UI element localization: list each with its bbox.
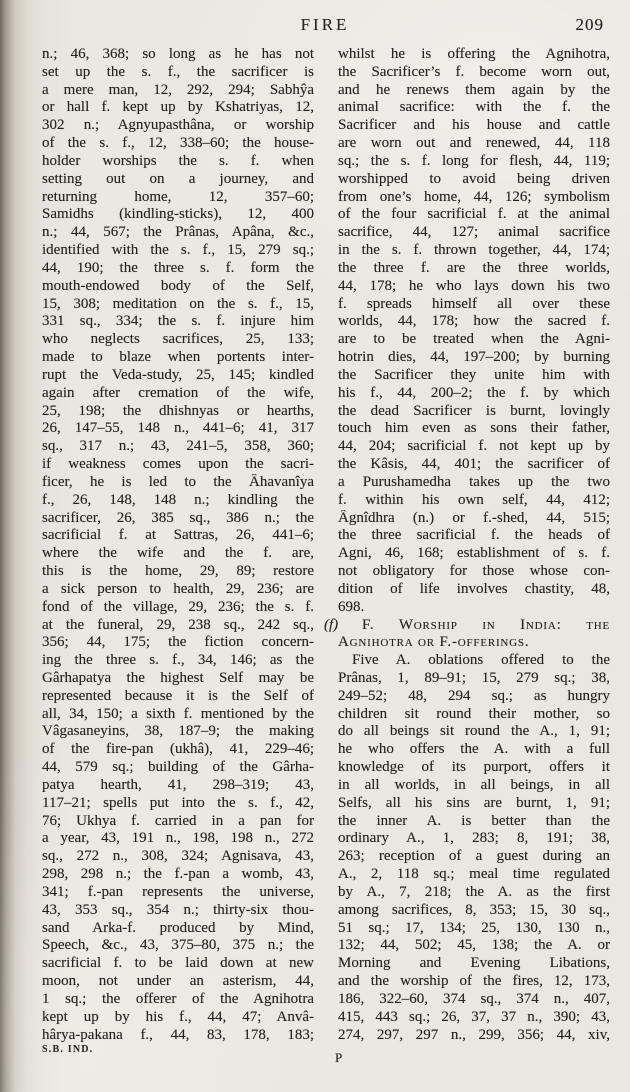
text-line: 44, 178; he who lays down his two: [338, 278, 610, 296]
text-line: 331 sq., 334; the s. f. injure him: [42, 313, 314, 331]
text-line: fond of the village, 29, 236; the s. f.: [42, 599, 314, 617]
text-line: 341; f.-pan represents the universe,: [42, 884, 314, 902]
running-title: FIRE: [42, 15, 608, 35]
text-line: knowledge of its purport, offers it: [338, 759, 610, 777]
text-line: Gârhapatya the highest Self may be: [42, 670, 314, 688]
text-line: are worn out and renewed, 44, 118: [338, 135, 610, 153]
text-line: Selfs, all his sins are burnt, 1, 91;: [338, 795, 610, 813]
text-line: a year, 43, 191 n., 198, 198 n., 272: [42, 830, 314, 848]
text-line: Speech, &c., 43, 375–80, 375 n.; the: [42, 937, 314, 955]
text-line: children sit round their mother, so: [338, 706, 610, 724]
text-line: Vâgasaneyins, 38, 187–9; the making: [42, 723, 314, 741]
text-line: where the wife and the f. are,: [42, 545, 314, 563]
text-line: 26, 147–55, 148 n., 441–6; 41, 317: [42, 420, 314, 438]
text-line: he who offers the A. with a full: [338, 741, 610, 759]
text-line: do all beings sit round the A., 1, 91;: [338, 723, 610, 741]
text-line: dition of life involves chastity, 48,: [338, 581, 610, 599]
text-line: the three f. are the three worlds,: [338, 260, 610, 278]
text-line: identified with the s. f., 15, 279 sq.;: [42, 242, 314, 260]
text-line: represented because it is the Self of: [42, 688, 314, 706]
text-line: kept up by his f., 44, 47; Anvâ-: [42, 1009, 314, 1027]
text-line: 51 sq.; 17, 134; 25, 130, 130 n.,: [338, 920, 610, 938]
text-line: the inner A. is better than the: [338, 813, 610, 831]
text-line: touch him even as sons their father,: [338, 420, 610, 438]
right-column: whilst he is offering the Agnihotra,the …: [338, 46, 610, 1044]
text-line: mouth-endowed body of the Self,: [42, 278, 314, 296]
text-line: again after cremation of the wife,: [42, 385, 314, 403]
text-line: the Sacrificer’s f. become worn out,: [338, 64, 610, 82]
text-line: of the s. f., 12, 338–60; the house-: [42, 135, 314, 153]
book-page: FIRE 209 n.; 46, 368; so long as he has …: [0, 0, 630, 1092]
text-line: (f) F. Worship in India: the: [324, 617, 610, 635]
text-line: holder worships the s. f. when: [42, 153, 314, 171]
text-line: hotrin dies, 44, 197–200; by burning: [338, 349, 610, 367]
text-line: 132; 44, 502; 45, 138; the A. or: [338, 937, 610, 955]
text-line: sq., 272 n., 308, 324; Agnisava, 43,: [42, 848, 314, 866]
text-line: f., 26, 148, 148 n.; kindling the: [42, 492, 314, 510]
text-line: in all worlds, in all beings, in all: [338, 777, 610, 795]
text-line: sacrifice, 44, 127; animal sacrifice: [338, 224, 610, 242]
text-line: A., 2, 118 sq.; meal time regulated: [338, 866, 610, 884]
text-line: the three sacrificial f. the heads of: [338, 527, 610, 545]
text-line: this is the home, 29, 89; restore: [42, 563, 314, 581]
text-line: are to be treated when the Agni-: [338, 331, 610, 349]
text-line: by A., 7, 218; the A. as the first: [338, 884, 610, 902]
text-line: 415, 443 sq.; 26, 37, 37 n., 390; 43,: [338, 1009, 610, 1027]
text-line: a mere man, 12, 292, 294; Sabhŷa: [42, 82, 314, 100]
text-line: who neglects sacrifices, 25, 133;: [42, 331, 314, 349]
text-line: 15, 308; meditation on the s. f., 15,: [42, 296, 314, 314]
text-line: ficer, he is led to the Âhavanîya: [42, 474, 314, 492]
text-line: 302 n.; Agnyupasthâna, or worship: [42, 117, 314, 135]
heading-index-letter: (f): [324, 617, 362, 633]
text-line: 44, 579 sq.; building of the Gârha-: [42, 759, 314, 777]
text-line: worshipped to avoid being driven: [338, 171, 610, 189]
text-line: 186, 322–60, 374 sq., 374 n., 407,: [338, 991, 610, 1009]
text-line: set up the s. f., the sacrificer is: [42, 64, 314, 82]
text-line: 698.: [338, 599, 610, 617]
text-line: in the s. f. thrown together, 44, 174;: [338, 242, 610, 260]
text-line: 117–21; spells put into the s. f., 42,: [42, 795, 314, 813]
text-line: whilst he is offering the Agnihotra,: [338, 46, 610, 64]
text-line: the dead Sacrificer is burnt, lovingly: [338, 403, 610, 421]
text-line: 44, 204; sacrificial f. not kept up by: [338, 438, 610, 456]
text-line: 263; reception of a guest during an: [338, 848, 610, 866]
text-line: 44, 190; the three s. f. form the: [42, 260, 314, 278]
text-line: ordinary A., 1, 283; 8, 191; 38,: [338, 830, 610, 848]
text-line: from one’s home, 44, 126; symbolism: [338, 189, 610, 207]
text-line: sq.; the s. f. long for flesh, 44, 119;: [338, 153, 610, 171]
text-line: animal sacrifice: with the f. the: [338, 99, 610, 117]
left-column: n.; 46, 368; so long as he has notset up…: [42, 46, 314, 1044]
text-line: the Kâsis, 44, 401; the sacrificer of: [338, 456, 610, 474]
text-line: setting out on a journey, and: [42, 171, 314, 189]
text-line: 298, 298 n.; the f.-pan a womb, 43,: [42, 866, 314, 884]
printer-signature-mark: P: [335, 1050, 342, 1066]
text-line: patya hearth, 41, 298–319; 43,: [42, 777, 314, 795]
text-line: sq., 317 n.; 43, 241–5, 358, 360;: [42, 438, 314, 456]
text-line: if weakness comes upon the sacri-: [42, 456, 314, 474]
text-line: sacrificer, 26, 385 sq., 386 n.; the: [42, 510, 314, 528]
text-line: 76; Ukhya f. carried in a pan for: [42, 813, 314, 831]
text-line: returning home, 12, 357–60;: [42, 189, 314, 207]
text-line: 43, 353 sq., 354 n.; thirty-six thou-: [42, 902, 314, 920]
text-line: of the fire-pan (ukhâ), 41, 229–46;: [42, 741, 314, 759]
text-line: Sacrificer and his house and cattle: [338, 117, 610, 135]
text-line: moon, not under an asterism, 44,: [42, 973, 314, 991]
page-header: FIRE 209: [42, 15, 608, 37]
text-line: 249–52; 48, 294 sq.; as hungry: [338, 688, 610, 706]
text-line: all, 34, 150; a sixth f. mentioned by th…: [42, 706, 314, 724]
text-line: among sacrifices, 8, 353; 15, 30 sq.,: [338, 902, 610, 920]
text-line: or hall f. kept up by Kshatriyas, 12,: [42, 99, 314, 117]
text-line: Agni, 46, 168; establishment of s. f.: [338, 545, 610, 563]
text-line: a Purushamedha takes up the two: [338, 474, 610, 492]
text-line: a sick person to health, 29, 236; are: [42, 581, 314, 599]
text-line: n.; 44, 567; the Prânas, Apâna, &c.,: [42, 224, 314, 242]
text-line: ing the three s. f., 34, 146; as the: [42, 652, 314, 670]
text-line: sacrificial f. to be laid down at new: [42, 955, 314, 973]
text-line: his f., 44, 200–2; the f. by which: [338, 385, 610, 403]
text-line: 356; 44, 175; the fiction concern-: [42, 634, 314, 652]
text-line: Five A. oblations offered to the: [338, 652, 610, 670]
text-line: and the worship of the fires, 12, 173,: [338, 973, 610, 991]
text-line: the Sacrificer they unite him with: [338, 367, 610, 385]
text-line: and he renews them again by the: [338, 82, 610, 100]
text-line: 1 sq.; the offerer of the Agnihotra: [42, 991, 314, 1009]
text-line: f. within his own self, 44, 412;: [338, 492, 610, 510]
page-footer: S.B. IND. P: [42, 1042, 608, 1076]
text-line: Morning and Evening Libations,: [338, 955, 610, 973]
series-abbreviation: S.B. IND.: [42, 1044, 93, 1055]
text-line: Prânas, 1, 89–91; 15, 279 sq.; 38,: [338, 670, 610, 688]
text-line: f. spreads himself all over these: [338, 296, 610, 314]
text-line: of the four sacrificial f. at the animal: [338, 206, 610, 224]
text-line: Agnihotra or F.-offerings.: [338, 634, 610, 652]
text-line: 25, 198; the dhishnyas or hearths,: [42, 403, 314, 421]
text-line: n.; 46, 368; so long as he has not: [42, 46, 314, 64]
text-line: at the funeral, 29, 238 sq., 242 sq.,: [42, 617, 314, 635]
text-line: Âgnîdhra (n.) or f.-shed, 44, 515;: [338, 510, 610, 528]
text-line: worlds, 44, 178; how the sacred f.: [338, 313, 610, 331]
text-line: sacrificial f. at Sattras, 26, 441–6;: [42, 527, 314, 545]
text-line: not obligatory for those whose con-: [338, 563, 610, 581]
text-line: Samidhs (kindling-sticks), 12, 400: [42, 206, 314, 224]
page-number: 209: [576, 15, 605, 35]
text-line: sand Arka-f. produced by Mind,: [42, 920, 314, 938]
text-line: made to blaze when portents inter-: [42, 349, 314, 367]
text-line: rupt the Veda-study, 25, 145; kindled: [42, 367, 314, 385]
heading-text: F. Worship in India: the: [362, 617, 610, 633]
